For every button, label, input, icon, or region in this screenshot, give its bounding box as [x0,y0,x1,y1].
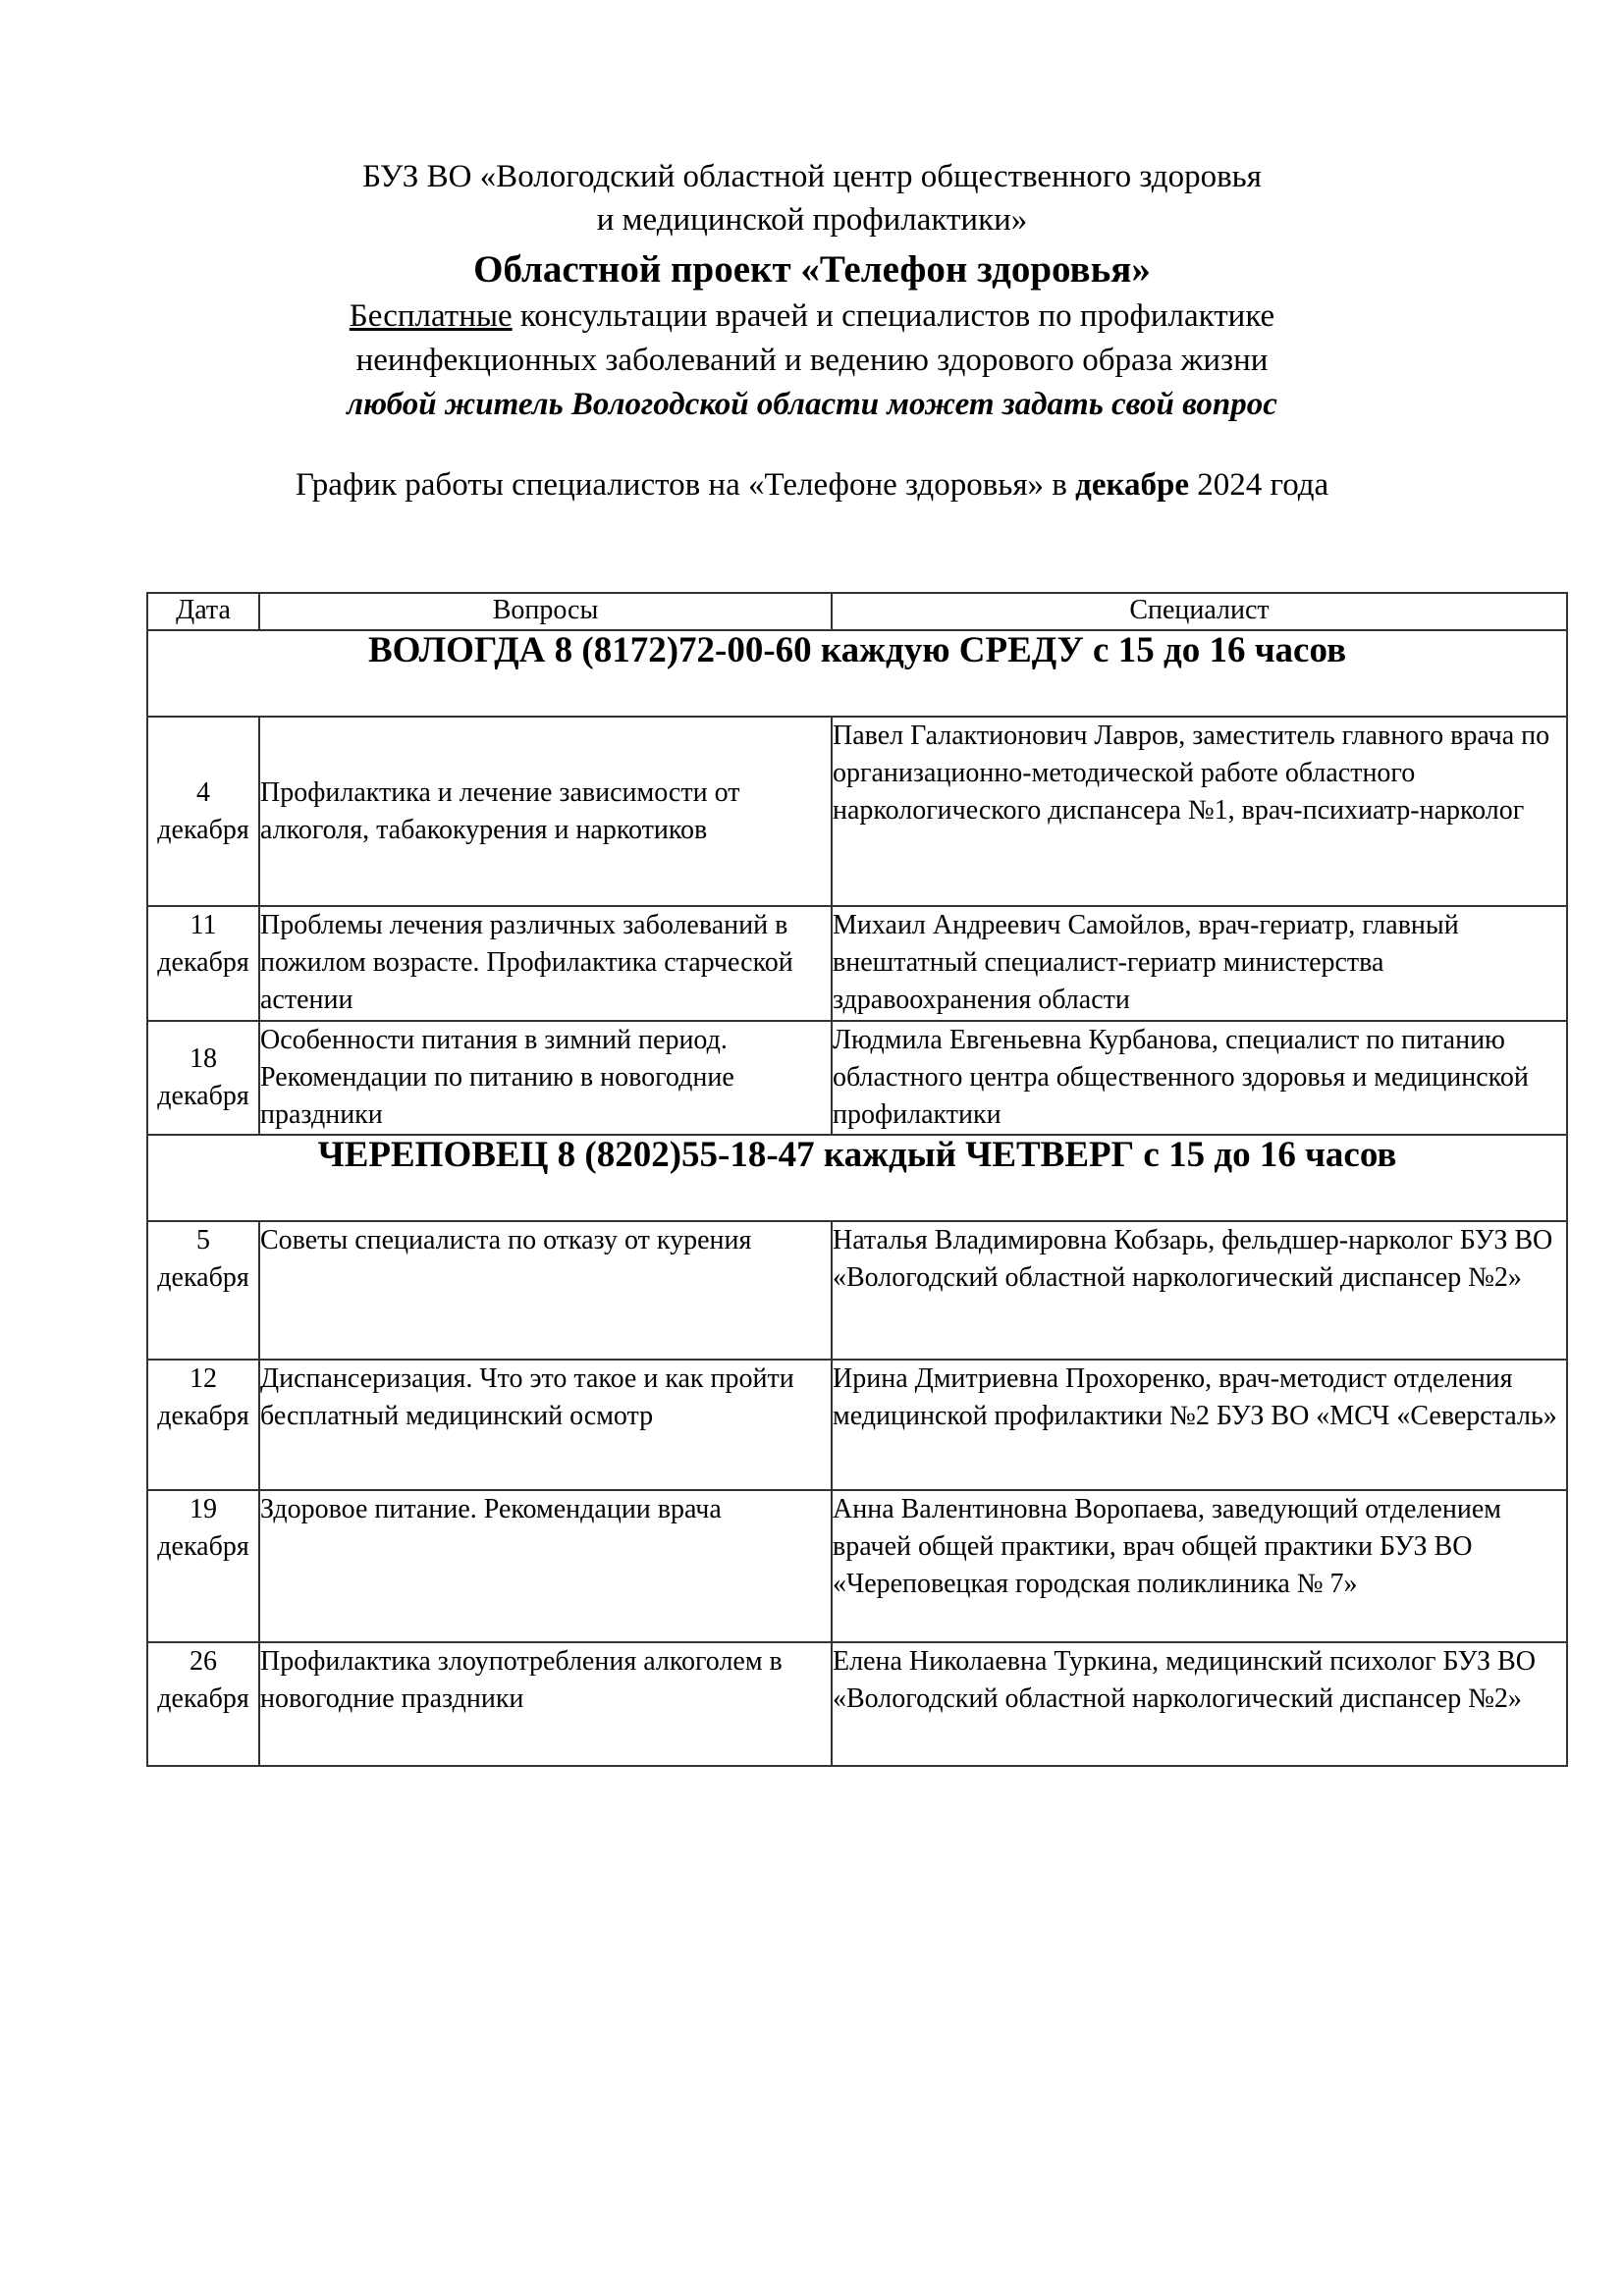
project-title: Областной проект «Телефон здоровья» [0,247,1624,292]
date-cell: 18декабря [147,1021,259,1135]
column-header-questions: Вопросы [259,593,832,630]
table-row: 18декабря Особенности питания в зимний п… [147,1021,1567,1135]
table-row: 5декабря Советы специалиста по отказу от… [147,1221,1567,1360]
organization-name-line2: и медицинской профилактики» [0,202,1624,239]
date-day: 5 [148,1222,258,1259]
topic-cell: Профилактика злоупотребления алкоголем в… [259,1642,832,1766]
description-line1-rest: консультации врачей и специалистов по пр… [513,298,1275,334]
tagline: любой житель Вологодской области может з… [0,387,1624,423]
table-row: 12декабря Диспансеризация. Что это такое… [147,1360,1567,1490]
date-cell: 19декабря [147,1490,259,1642]
column-header-specialist: Специалист [832,593,1567,630]
date-month: декабря [148,944,258,982]
date-day: 12 [148,1361,258,1398]
description-line2: неинфекционных заболеваний и ведению здо… [0,343,1624,379]
date-month: декабря [148,812,258,849]
date-month: декабря [148,1398,258,1435]
date-month: декабря [148,1078,258,1115]
schedule-table: Дата Вопросы Специалист ВОЛОГДА 8 (8172)… [146,592,1568,1767]
topic-cell: Профилактика и лечение зависимости от ал… [259,717,832,906]
topic-cell: Советы специалиста по отказу от курения [259,1221,832,1360]
topic-cell: Особенности питания в зимний период. Рек… [259,1021,832,1135]
specialist-cell: Анна Валентиновна Воропаева, заведующий … [832,1490,1567,1642]
date-day: 4 [148,774,258,812]
description-line1: Бесплатные консультации врачей и специал… [0,298,1624,335]
topic-cell: Проблемы лечения различных заболеваний в… [259,906,832,1021]
date-day: 19 [148,1491,258,1528]
specialist-cell: Наталья Владимировна Кобзарь, фельдшер-н… [832,1221,1567,1360]
table-row: 4декабря Профилактика и лечение зависимо… [147,717,1567,906]
date-month: декабря [148,1259,258,1297]
schedule-heading-prefix: График работы специалистов на «Телефоне … [296,467,1075,503]
free-emphasis: Бесплатные [350,298,513,334]
date-cell: 5декабря [147,1221,259,1360]
date-cell: 26декабря [147,1642,259,1766]
date-cell: 12декабря [147,1360,259,1490]
date-day: 26 [148,1643,258,1681]
date-day: 11 [148,907,258,944]
organization-name-line1: БУЗ ВО «Вологодский областной центр обще… [0,159,1624,195]
specialist-cell: Павел Галактионович Лавров, заместитель … [832,717,1567,906]
table-row: 19декабря Здоровое питание. Рекомендации… [147,1490,1567,1642]
specialist-cell: Ирина Дмитриевна Прохоренко, врач-методи… [832,1360,1567,1490]
table-header-row: Дата Вопросы Специалист [147,593,1567,630]
section-title: ВОЛОГДА 8 (8172)72-00-60 каждую СРЕДУ с … [147,630,1567,717]
table-row: 11декабря Проблемы лечения различных заб… [147,906,1567,1021]
column-header-date: Дата [147,593,259,630]
topic-cell: Здоровое питание. Рекомендации врача [259,1490,832,1642]
date-day: 18 [148,1041,258,1078]
date-cell: 11декабря [147,906,259,1021]
date-month: декабря [148,1528,258,1566]
schedule-month: декабре [1075,467,1189,503]
date-cell: 4декабря [147,717,259,906]
section-row-cherepovets: ЧЕРЕПОВЕЦ 8 (8202)55-18-47 каждый ЧЕТВЕР… [147,1135,1567,1221]
specialist-cell: Елена Николаевна Туркина, медицинский пс… [832,1642,1567,1766]
section-title: ЧЕРЕПОВЕЦ 8 (8202)55-18-47 каждый ЧЕТВЕР… [147,1135,1567,1221]
section-row-vologda: ВОЛОГДА 8 (8172)72-00-60 каждую СРЕДУ с … [147,630,1567,717]
table-row: 26декабря Профилактика злоупотребления а… [147,1642,1567,1766]
specialist-cell: Михаил Андреевич Самойлов, врач-гериатр,… [832,906,1567,1021]
topic-cell: Диспансеризация. Что это такое и как про… [259,1360,832,1490]
schedule-year: 2024 года [1189,467,1328,503]
specialist-cell: Людмила Евгеньевна Курбанова, специалист… [832,1021,1567,1135]
date-month: декабря [148,1681,258,1718]
schedule-heading: График работы специалистов на «Телефоне … [0,467,1624,504]
